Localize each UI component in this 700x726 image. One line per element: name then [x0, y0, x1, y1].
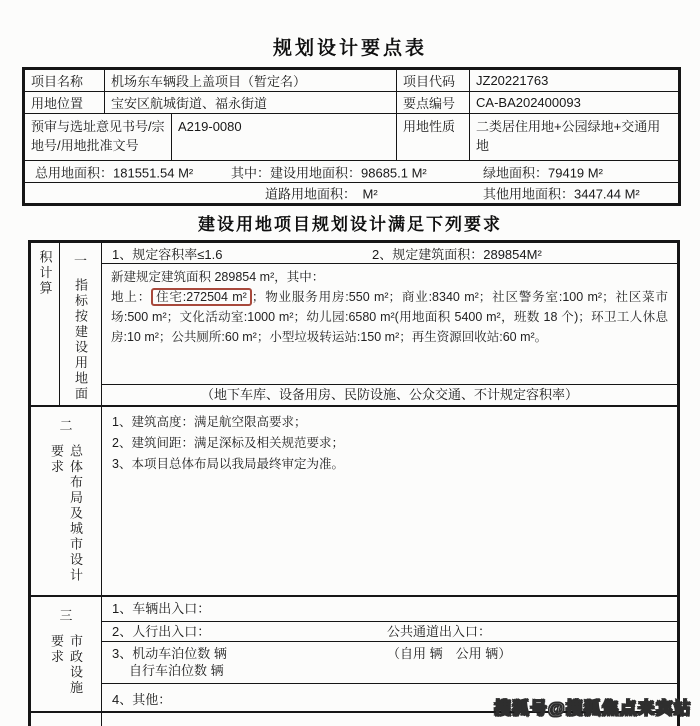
sohu-watermark: 搜狐号@搜狐焦点来宾站: [494, 694, 692, 719]
location-label: 用地位置: [24, 92, 105, 114]
paragraph-intro: 新建规定建筑面积 289854 m²，其中：: [111, 267, 668, 287]
document-page: 规划设计要点表 项目名称 机场东车辆段上盖项目（暂定名） 项目代码 JZ2022…: [0, 0, 700, 726]
project-info-table: 项目名称 机场东车辆段上盖项目（暂定名） 项目代码 JZ20221763 用地位…: [22, 67, 681, 206]
building-area-item: 2、规定建筑面积：289854M²: [372, 244, 542, 263]
section3-number: 三: [59, 605, 72, 624]
location-value: 宝安区航城街道、福永街道: [105, 92, 397, 114]
keypoint-no-label: 要点编号: [397, 92, 470, 114]
vehicle-entrance-row: 1、车辆出入口：: [102, 597, 677, 622]
construction-area: 其中：建设用地面积：98685.1 M²: [231, 162, 427, 181]
area-breakdown-paragraph: 新建规定建筑面积 289854 m²，其中： 地上：住宅:272504 m²；物…: [102, 264, 677, 384]
section3-vertical-label: 三 市政设施要求: [31, 597, 102, 711]
table-row: 预审与选址意见书号/宗地号/用地批准文号 A219-0080 用地性质 二类居住…: [24, 114, 680, 161]
pedestrian-entrance-row: 2、人行出入口： 公共通道出入口：: [102, 622, 677, 642]
section1-label-text: 指标按建设用地面: [71, 278, 90, 402]
preaudit-label: 预审与选址意见书号/宗地号/用地批准文号: [24, 114, 172, 161]
layout-item: 2、建筑间距：满足深标及相关规范要求；: [112, 433, 667, 454]
section1-label-main-column: 一 指标按建设用地面: [60, 243, 101, 405]
page-title: 规划设计要点表: [0, 33, 700, 60]
keypoint-no-value: CA-BA202400093: [470, 92, 680, 114]
exclusion-note: （地下车库、设备用房、民防设施、公众交通、不计规定容积率）: [102, 384, 677, 405]
preaudit-value: A219-0080: [172, 114, 397, 161]
above-ground-prefix: 地上：: [111, 290, 151, 304]
table-row: 道路用地面积： M² 其他用地面积：3447.44 M²: [24, 183, 680, 205]
section1-vertical-label: 积计算 一 指标按建设用地面: [31, 243, 102, 405]
section1-number: 一: [74, 250, 87, 269]
section2-content: 1、建筑高度：满足航空限高要求； 2、建筑间距：满足深标及相关规范要求； 3、本…: [102, 407, 677, 595]
residential-area-highlight: 住宅:272504 m²: [151, 288, 252, 306]
project-code-value: JZ20221763: [470, 69, 680, 92]
section2-number: 二: [59, 415, 72, 434]
paragraph-body: 地上：住宅:272504 m²；物业服务用房:550 m²；商业:8340 m²…: [111, 287, 668, 347]
section-plot-ratio: 积计算 一 指标按建设用地面 1、规定容积率≤1.6 2、规定建筑面积：2898…: [31, 243, 677, 407]
area-row-1: 总用地面积：181551.54 M² 其中：建设用地面积：98685.1 M² …: [24, 161, 680, 183]
public-passage-label: 公共通道出入口：: [387, 622, 491, 641]
table-row: 项目名称 机场东车辆段上盖项目（暂定名） 项目代码 JZ20221763: [24, 69, 680, 92]
section-title: 建设用地项目规划设计满足下列要求: [0, 210, 700, 235]
layout-item: 1、建筑高度：满足航空限高要求；: [112, 412, 667, 433]
section1-content: 1、规定容积率≤1.6 2、规定建筑面积：289854M² 新建规定建筑面积 2…: [102, 243, 677, 405]
project-name-value: 机场东车辆段上盖项目（暂定名）: [105, 69, 397, 92]
clipped-label-cell: [31, 713, 102, 726]
project-name-label: 项目名称: [24, 69, 105, 92]
other-area: 其他用地面积：3447.44 M²: [483, 184, 640, 203]
layout-item: 3、本项目总体布局以我局最终审定为准。: [112, 454, 667, 475]
plot-ratio-row: 1、规定容积率≤1.6 2、规定建筑面积：289854M²: [102, 243, 677, 264]
table-row: 总用地面积：181551.54 M² 其中：建设用地面积：98685.1 M² …: [24, 161, 680, 183]
land-use-label: 用地性质: [397, 114, 470, 161]
bicycle-parking-label: 自行车泊位数 辆: [112, 662, 677, 679]
section1-label-overflow-column: 积计算: [31, 243, 60, 405]
total-area: 总用地面积：181551.54 M²: [35, 162, 193, 181]
section2-label-text: 总体布局及城市设计要求: [47, 444, 85, 595]
pedestrian-entrance-label: 2、人行出入口：: [112, 624, 210, 639]
area-row-2: 道路用地面积： M² 其他用地面积：3447.44 M²: [24, 183, 680, 205]
parking-row: 3、机动车泊位数 辆（自用 辆 公用 辆） 自行车泊位数 辆: [102, 642, 677, 684]
land-use-value: 二类居住用地+公园绿地+交通用地: [470, 114, 680, 161]
section-layout-urban-design: 二 总体布局及城市设计要求 1、建筑高度：满足航空限高要求； 2、建筑间距：满足…: [31, 407, 677, 597]
parking-usage-label: （自用 辆 公用 辆）: [387, 645, 511, 662]
requirements-table: 积计算 一 指标按建设用地面 1、规定容积率≤1.6 2、规定建筑面积：2898…: [28, 240, 680, 726]
road-area: 道路用地面积： M²: [265, 184, 378, 203]
project-code-label: 项目代码: [397, 69, 470, 92]
section2-vertical-label: 二 总体布局及城市设计要求: [31, 407, 102, 595]
green-area: 绿地面积：79419 M²: [483, 162, 603, 181]
section3-label-text: 市政设施要求: [47, 634, 85, 711]
motor-parking-line: 3、机动车泊位数 辆（自用 辆 公用 辆）: [112, 645, 677, 662]
plot-ratio-item: 1、规定容积率≤1.6: [112, 244, 372, 263]
motor-parking-label: 3、机动车泊位数 辆: [112, 646, 227, 661]
table-row: 用地位置 宝安区航城街道、福永街道 要点编号 CA-BA202400093: [24, 92, 680, 114]
